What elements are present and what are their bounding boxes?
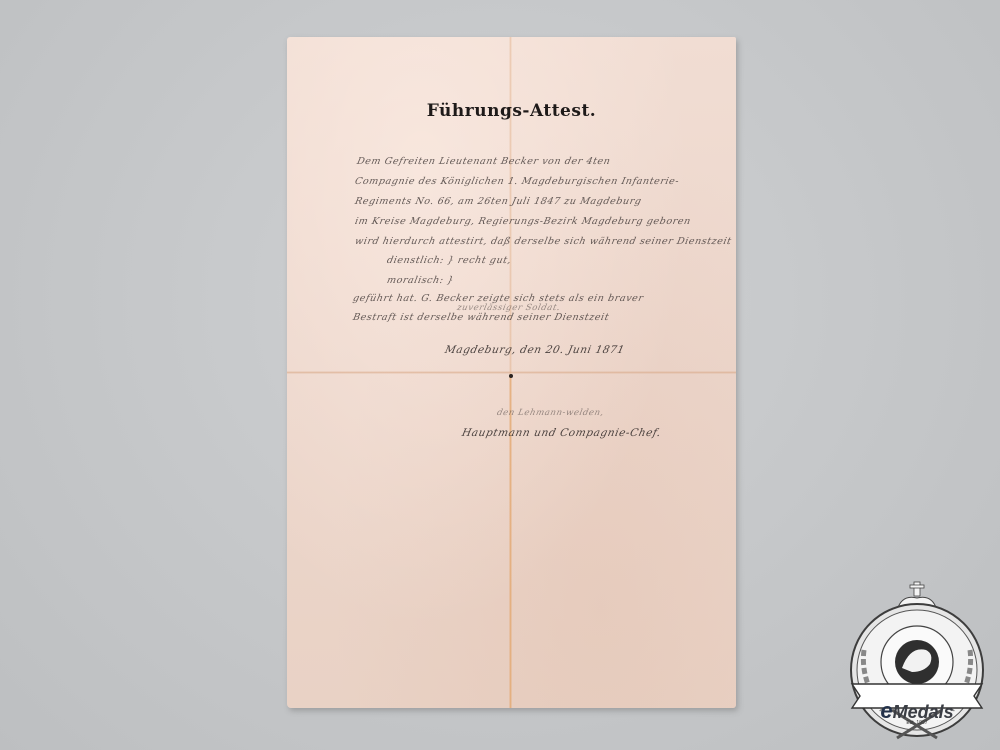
- body-line: Compagnie des Königlichen 1. Magdeburgis…: [354, 176, 680, 187]
- signature-name: den Lehmann-welden,: [496, 408, 605, 418]
- signature-title: Hauptmann und Compagnie-Chef.: [461, 427, 663, 439]
- emedals-watermark: eMedals Est. 1997: [842, 580, 992, 742]
- body-line: wird hierdurch attestirt, daß derselbe s…: [354, 236, 733, 247]
- vertical-fold-line-lower: [509, 374, 512, 708]
- body-line: Dem Gefreiten Lieutenant Becker von der …: [356, 156, 612, 167]
- body-line: im Kreise Magdeburg, Regierungs-Bezirk M…: [354, 216, 692, 227]
- body-line: dienstlich: } recht gut,: [386, 255, 513, 266]
- body-line: moralisch: }: [386, 275, 455, 286]
- brand-name: Medals: [893, 702, 954, 722]
- watermark-established: Est. 1997: [842, 720, 992, 726]
- historical-document: Führungs-Attest. Dem Gefreiten Lieutenan…: [287, 37, 736, 708]
- document-title: Führungs-Attest.: [287, 101, 736, 121]
- body-line: Bestraft ist derselbe während seiner Die…: [352, 312, 610, 323]
- pinhole: [509, 374, 513, 378]
- body-line: Regiments No. 66, am 26ten Juli 1847 zu …: [354, 196, 643, 207]
- place-date: Magdeburg, den 20. Juni 1871: [444, 344, 626, 356]
